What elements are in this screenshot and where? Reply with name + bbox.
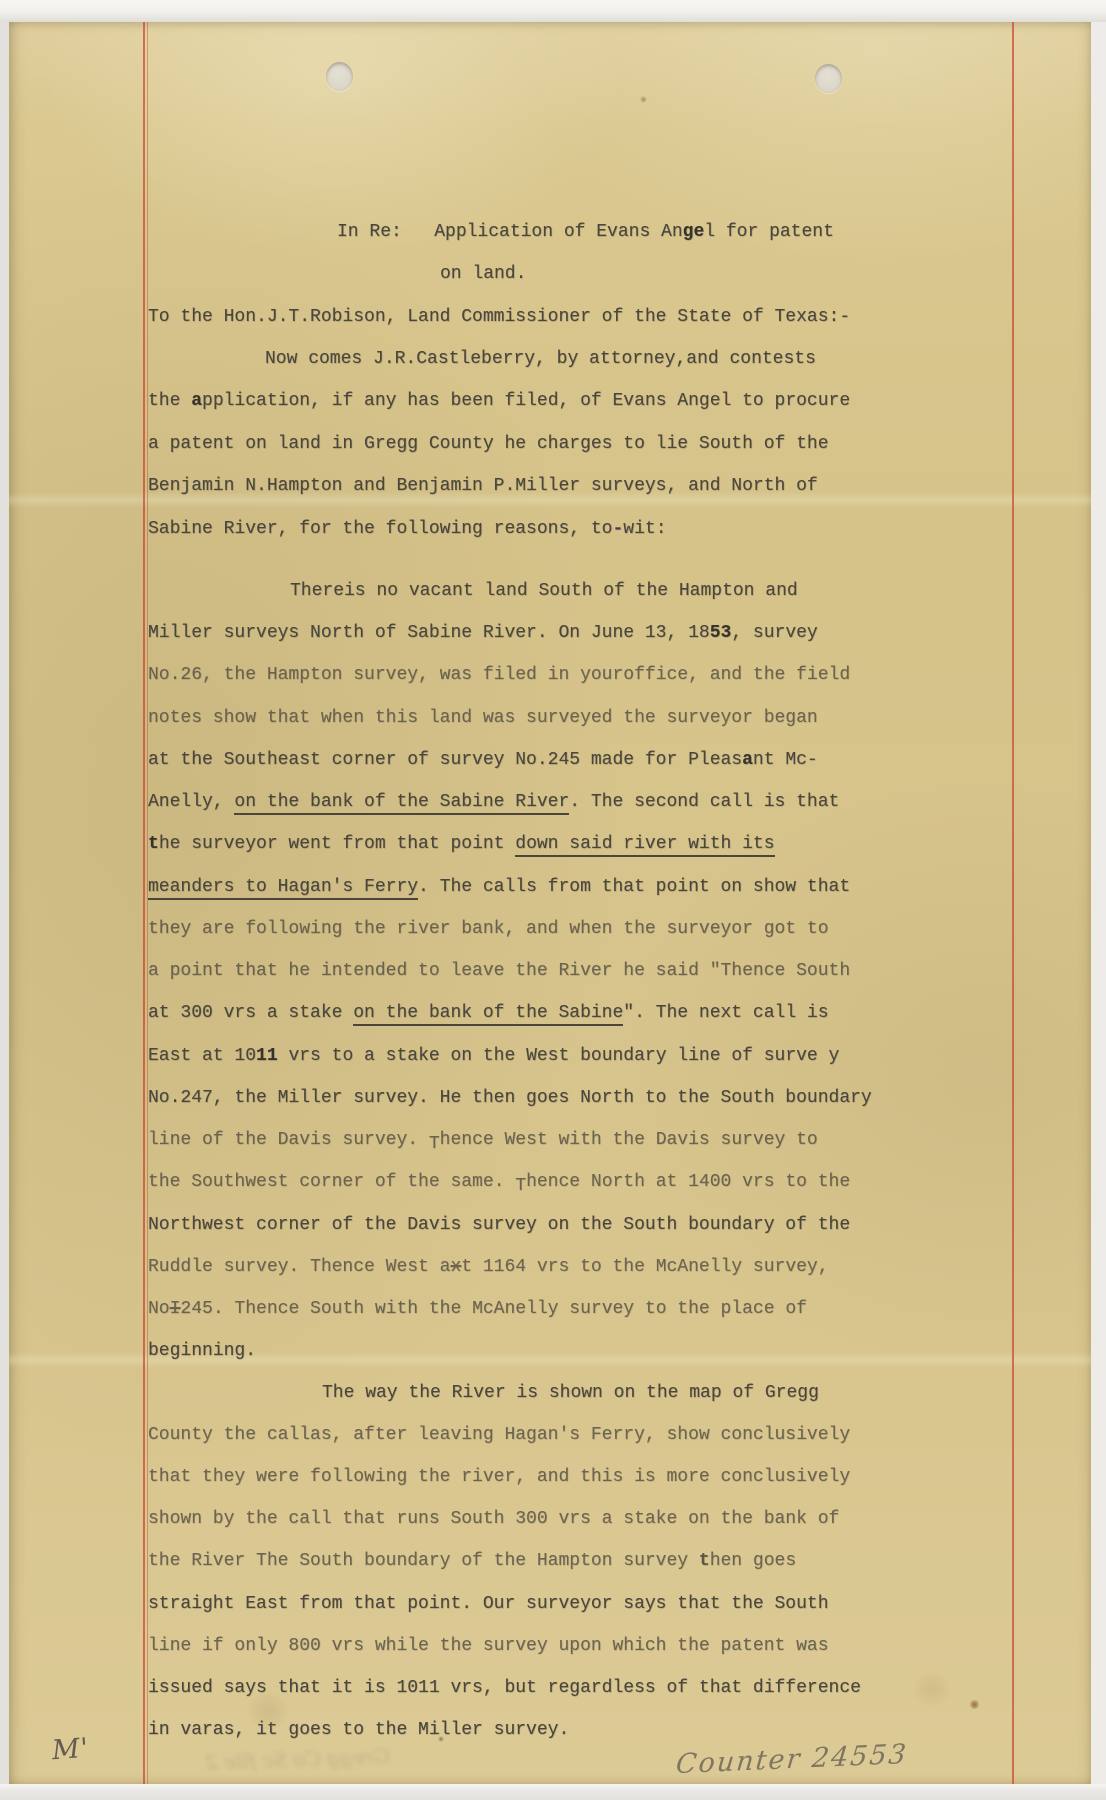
typed-line: the application, if any has been filed, … [148,391,850,412]
typed-segment: No.247, the Miller survey. He then goes … [148,1088,872,1108]
typed-line: Sabine River, for the following reasons,… [148,519,667,540]
typed-segment: The way the River is shown on the map of… [322,1383,819,1403]
typed-segment: hence West with the Davis survey to [440,1130,818,1150]
typed-segment: the [148,391,191,411]
typed-line: shown by the call that runs South 300 vr… [148,1509,839,1530]
typed-line: Miller surveys North of Sabine River. On… [148,623,818,644]
typed-segment: Benjamin N.Hampton and Benjamin P.Miller… [148,476,818,496]
typed-segment: hence North at 1400 vrs to the [526,1172,850,1192]
typed-line: on land. [440,264,526,285]
typed-line: that they were following the river, and … [148,1467,850,1488]
typed-segment: t [699,1551,710,1571]
typed-segment: Miller surveys North of Sabine River. On… [148,623,710,643]
typed-segment: 53 [710,623,732,643]
typed-segment: Anelly, [148,792,234,812]
typed-segment: - [612,519,623,539]
typed-line: a point that he intended to leave the Ri… [148,961,850,982]
typed-segment: x [450,1257,461,1277]
underlined-phrase: on the bank of the Sabine [353,1003,623,1026]
typed-line: a patent on land in Gregg County he char… [148,434,829,455]
typed-segment: Sabine River, for the following reasons,… [148,519,612,539]
typed-segment: a patent on land in Gregg County he char… [148,434,829,454]
typed-segment: No [148,1299,170,1319]
typed-segment: Ruddle survey. Thence West a [148,1257,450,1277]
typed-line: they are following the river bank, and w… [148,919,829,940]
typed-segment: . The second call is that [569,792,839,812]
typed-segment: beginning. [148,1341,256,1361]
typed-line: line if only 800 vrs while the survey up… [148,1636,829,1657]
left-margin-line [143,22,145,1784]
typed-segment: at the Southeast corner of survey No.245… [148,750,742,770]
typed-segment: next call is [699,1003,829,1023]
typed-segment: line if only 800 vrs while the survey up… [148,1636,829,1656]
typed-segment [688,1003,699,1023]
typed-segment: shown by the call that runs South 300 vr… [148,1509,839,1529]
hole-punch-right [815,64,842,93]
scanner-edge-top [0,0,1106,22]
typed-line: the River The South boundary of the Hamp… [148,1551,796,1572]
typed-line: No.26, the Hampton survey, was filed in … [148,665,850,686]
pencil-m-mark: M' [51,1733,90,1767]
underlined-phrase: meanders to Hagan's Ferry [148,877,418,900]
typed-line: the Southwest corner of the same. Thence… [148,1172,850,1193]
typed-segment: pplication, if any has been filed, of Ev… [202,391,850,411]
typed-line: To the Hon.J.T.Robison, Land Commissione… [148,307,850,328]
typed-line: NoI245. Thence South with the McAnelly s… [148,1299,807,1320]
typed-line: Now comes J.R.Castleberry, by attorney,a… [265,349,816,370]
typed-line: In Re: Application of Evans Angel for pa… [337,222,834,243]
typed-segment: on land. [440,264,526,284]
typed-segment: . The calls from that point on show that [418,877,850,897]
typed-line: Thereis no vacant land South of the Hamp… [290,581,798,602]
typed-line: Benjamin N.Hampton and Benjamin P.Miller… [148,476,818,497]
typed-line: line of the Davis survey. Thence West wi… [148,1130,818,1151]
typed-segment: , survey [731,623,817,643]
typed-segment: the River The South boundary of the Hamp… [148,1551,699,1571]
hole-punch-left [326,62,353,91]
typed-segment: nt Mc- [753,750,818,770]
typed-segment: l for patent [704,222,834,242]
typed-line: Ruddle survey. Thence West axt 1164 vrs … [148,1257,829,1278]
typed-segment: hen goes [710,1551,796,1571]
typed-segment: he surveyor went from that point [159,834,515,854]
underlined-phrase: on the bank of the Sabine River [234,792,569,815]
typed-line: meanders to Hagan's Ferry. The calls fro… [148,877,850,898]
typed-segment: t 1164 vrs to the McAnelly survey, [461,1257,828,1277]
typed-segment: a point that he intended to leave the Ri… [148,961,850,981]
typed-segment: Now comes J.R.Castleberry, by attorney,a… [265,349,816,369]
typed-line: Northwest corner of the Davis survey on … [148,1215,850,1236]
typed-segment: a [191,391,202,411]
typed-line: at 300 vrs a stake on the bank of the Sa… [148,1003,829,1024]
typed-segment: straight East from that point. Our surve… [148,1594,829,1614]
typed-line: issued says that it is 1011 vrs, but reg… [148,1678,861,1699]
typed-segment: issued says that it is 1011 vrs, but reg… [148,1678,861,1698]
typed-segment: that they were following the river, and … [148,1467,850,1487]
typed-segment: 245. Thence South with the McAnelly surv… [180,1299,807,1319]
typed-line: notes show that when this land was surve… [148,708,818,729]
scanner-edge-bottom [0,1784,1106,1800]
scanned-document-page: In Re: Application of Evans Angel for pa… [0,0,1106,1800]
typed-segment: they are following the river bank, and w… [148,919,829,939]
typed-segment: line of the Davis survey. [148,1130,429,1150]
typed-segment: T [515,1176,526,1196]
typed-line: in varas, it goes to the Miller survey. [148,1720,569,1741]
typed-segment: Thereis no vacant land South of the Hamp… [290,581,798,601]
scanner-edge-right [1091,22,1106,1784]
typed-line: East at 1011 vrs to a stake on the West … [148,1046,839,1067]
typed-line: County the callas, after leaving Hagan's… [148,1425,850,1446]
typed-segment: wit: [623,519,666,539]
typed-segment: notes show that when this land was surve… [148,708,818,728]
typed-line: at the Southeast corner of survey No.245… [148,750,818,771]
typed-segment: No.26, the Hampton survey, was filed in … [148,665,850,685]
scanner-edge-left [0,22,9,1784]
typed-line: The way the River is shown on the map of… [322,1383,819,1404]
typed-line: the surveyor went from that point down s… [148,834,775,855]
underlined-phrase: down said river with its [515,834,774,857]
typed-segment: To the Hon.J.T.Robison, Land Commissione… [148,307,850,327]
typed-line: Anelly, on the bank of the Sabine River.… [148,792,839,813]
typed-segment: in varas, it goes to the Miller survey. [148,1720,569,1740]
typed-line: straight East from that point. Our surve… [148,1594,829,1615]
typed-segment: 11 [256,1046,278,1066]
typed-line: beginning. [148,1341,256,1362]
typed-segment: In Re: Application of Evans An [337,222,683,242]
typed-segment: at 300 vrs a stake [148,1003,353,1023]
typed-segment: East at 10 [148,1046,256,1066]
typed-segment: Northwest corner of the Davis survey on … [148,1215,850,1235]
typed-segment: t [148,834,159,854]
typed-segment: ge [683,222,705,242]
typed-segment: County the callas, after leaving Hagan's… [148,1425,850,1445]
typed-segment: the Southwest corner of the same. [148,1172,515,1192]
typed-line: No.247, the Miller survey. He then goes … [148,1088,872,1109]
typed-segment: ". The [623,1003,688,1023]
typed-segment: a [742,750,753,770]
typed-segment: T [429,1134,440,1154]
typed-segment: I [170,1299,181,1319]
right-margin-line [1012,22,1014,1784]
typed-segment: vrs to a stake on the West boundary line… [278,1046,840,1066]
